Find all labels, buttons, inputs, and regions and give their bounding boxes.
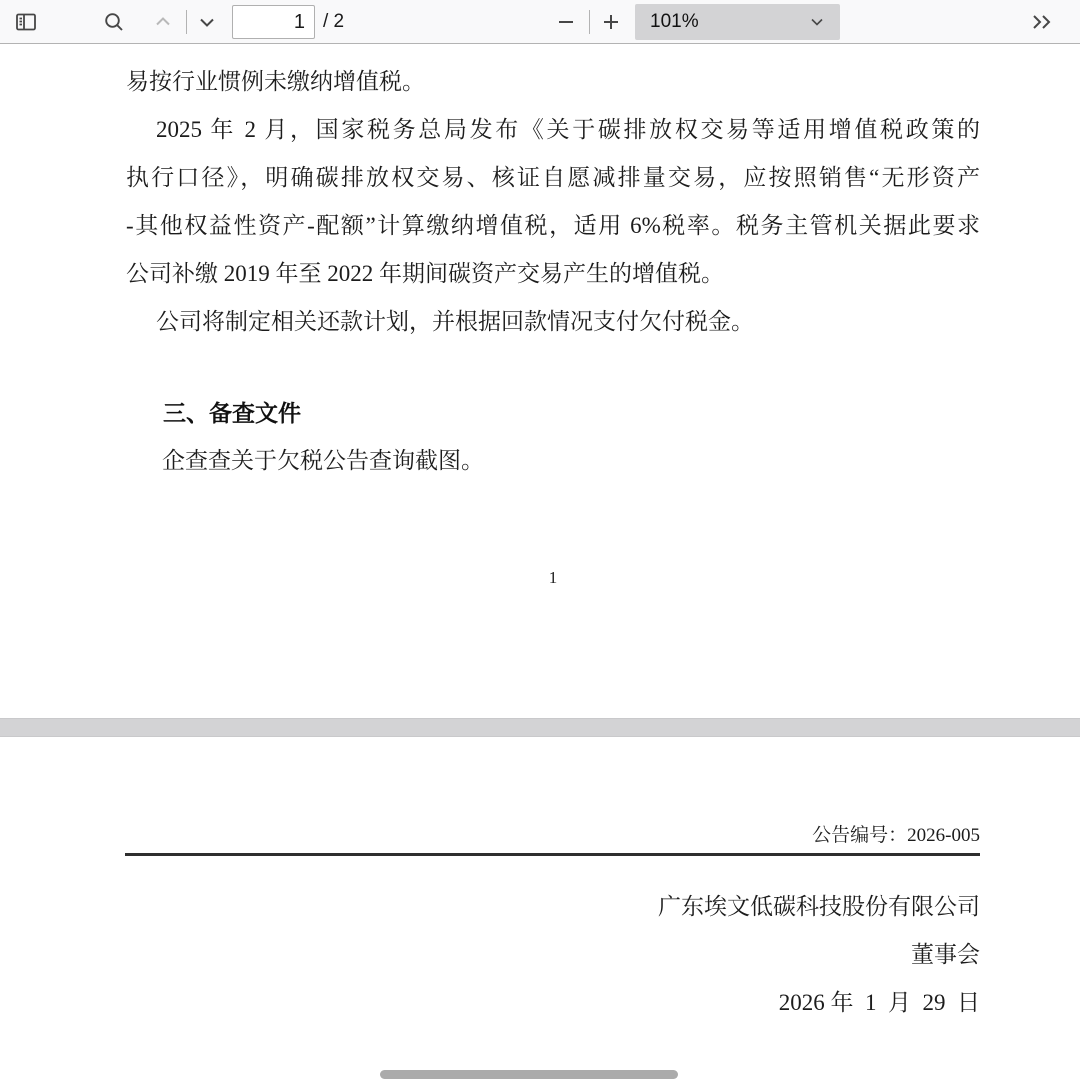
signature-date: 2026 年 1 月 29 日 [0,979,1080,1027]
body-line: 公司将制定相关还款计划，并根据回款情况支付欠付税金。 [126,298,980,346]
body-line: -其他权益性资产-配额”计算缴纳增值税，适用 6%税率。税务主管机关据此要求 [126,202,980,250]
body-line: 执行口径》，明确碳排放权交易、核证自愿减排量交易，应按照销售“无形资产 [126,154,980,202]
page-number-footer: 1 [126,554,980,602]
announcement-number: 公告编号：2026-005 [0,824,1080,848]
page-separator [0,718,1080,737]
page-number-input[interactable] [232,5,315,39]
sidebar-toggle-icon [14,10,38,34]
pdf-toolbar: / 2 101% [0,0,1080,44]
double-chevron-right-icon [1029,10,1055,34]
toolbar-divider [589,10,590,34]
chevron-down-icon [195,10,219,34]
company-name: 广东埃文低碳科技股份有限公司 [0,883,1080,931]
page-count-label: / 2 [323,0,344,44]
zoom-in-button[interactable] [597,8,625,36]
previous-page-button[interactable] [148,8,178,36]
pdf-viewer: / 2 101% [0,0,1080,1088]
pdf-page-1: 易按行业惯例未缴纳增值税。 2025 年 2 月，国家税务总局发布《关于碳排放权… [0,44,1080,718]
pdf-page-2: 公告编号：2026-005 广东埃文低碳科技股份有限公司 董事会 2026 年 … [0,737,1080,1027]
next-page-button[interactable] [192,8,222,36]
body-line: 易按行业惯例未缴纳增值税。 [126,58,980,106]
sidebar-toggle-button[interactable] [10,8,42,36]
zoom-level-select[interactable]: 101% [635,4,840,40]
horizontal-scrollbar-thumb[interactable] [380,1070,678,1079]
minus-icon [554,10,578,34]
body-line: 2025 年 2 月，国家税务总局发布《关于碳排放权交易等适用增值税政策的 [126,106,980,154]
search-icon [102,10,126,34]
board-signature: 董事会 [0,931,1080,979]
body-line: 企查查关于欠税公告查询截图。 [126,437,980,485]
toolbar-overflow-button[interactable] [1024,8,1060,36]
zoom-level-value: 101% [650,4,699,40]
signature-rule [125,853,980,856]
search-button[interactable] [100,8,128,36]
chevron-up-icon [151,10,175,34]
toolbar-divider [186,10,187,34]
document-viewer: 易按行业惯例未缴纳增值税。 2025 年 2 月，国家税务总局发布《关于碳排放权… [0,44,1080,1088]
body-line: 公司补缴 2019 年至 2022 年期间碳资产交易产生的增值税。 [126,250,980,298]
section-heading: 三、备查文件 [126,389,980,437]
page1-text-block: 易按行业惯例未缴纳增值税。 2025 年 2 月，国家税务总局发布《关于碳排放权… [126,58,980,602]
zoom-out-button[interactable] [552,8,580,36]
plus-icon [599,10,623,34]
